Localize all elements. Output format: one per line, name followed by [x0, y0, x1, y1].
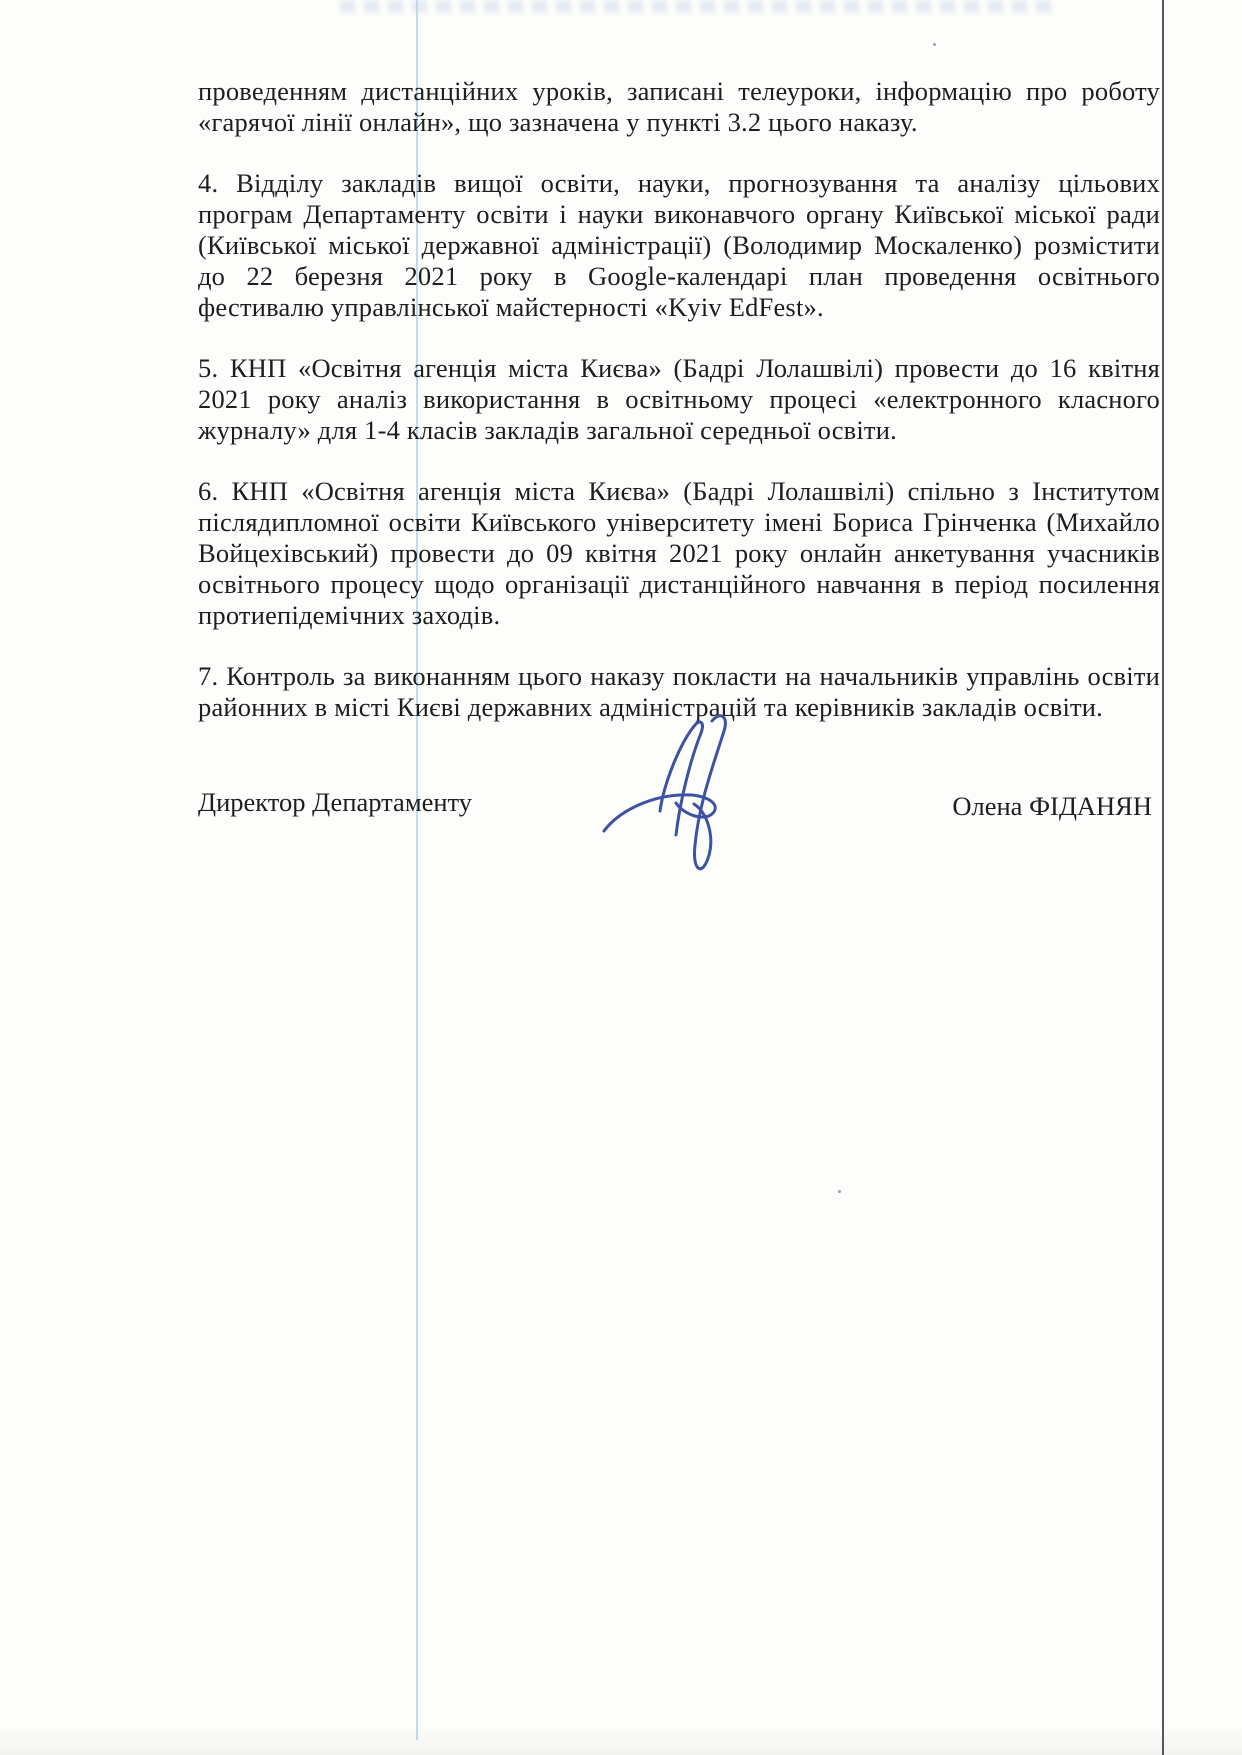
paragraph-continuation: проведенням дистанційних уроків, записан…: [198, 76, 1160, 138]
scan-bottom-shade: [0, 1725, 1242, 1755]
handwritten-signature: [596, 709, 746, 894]
signatory-name: Олена ФІДАНЯН: [952, 791, 1152, 822]
scan-speck: [838, 1190, 841, 1193]
signature-block: Директор Департаменту Олена ФІДАНЯН: [198, 775, 1160, 915]
paragraph-item-6: 6. КНП «Освітня агенція міста Києва» (Ба…: [198, 476, 1160, 631]
signatory-title: Директор Департаменту: [198, 787, 472, 818]
document-body: проведенням дистанційних уроків, записан…: [198, 76, 1160, 915]
scan-speck: [933, 43, 936, 46]
ghost-print-artifact: [340, 0, 1060, 13]
paragraph-item-5: 5. КНП «Освітня агенція міста Києва» (Ба…: [198, 353, 1160, 446]
scan-edge-artifact: [1162, 0, 1164, 1755]
paragraph-item-4: 4. Відділу закладів вищої освіти, науки,…: [198, 168, 1160, 323]
scanned-document-page: проведенням дистанційних уроків, записан…: [0, 0, 1242, 1755]
